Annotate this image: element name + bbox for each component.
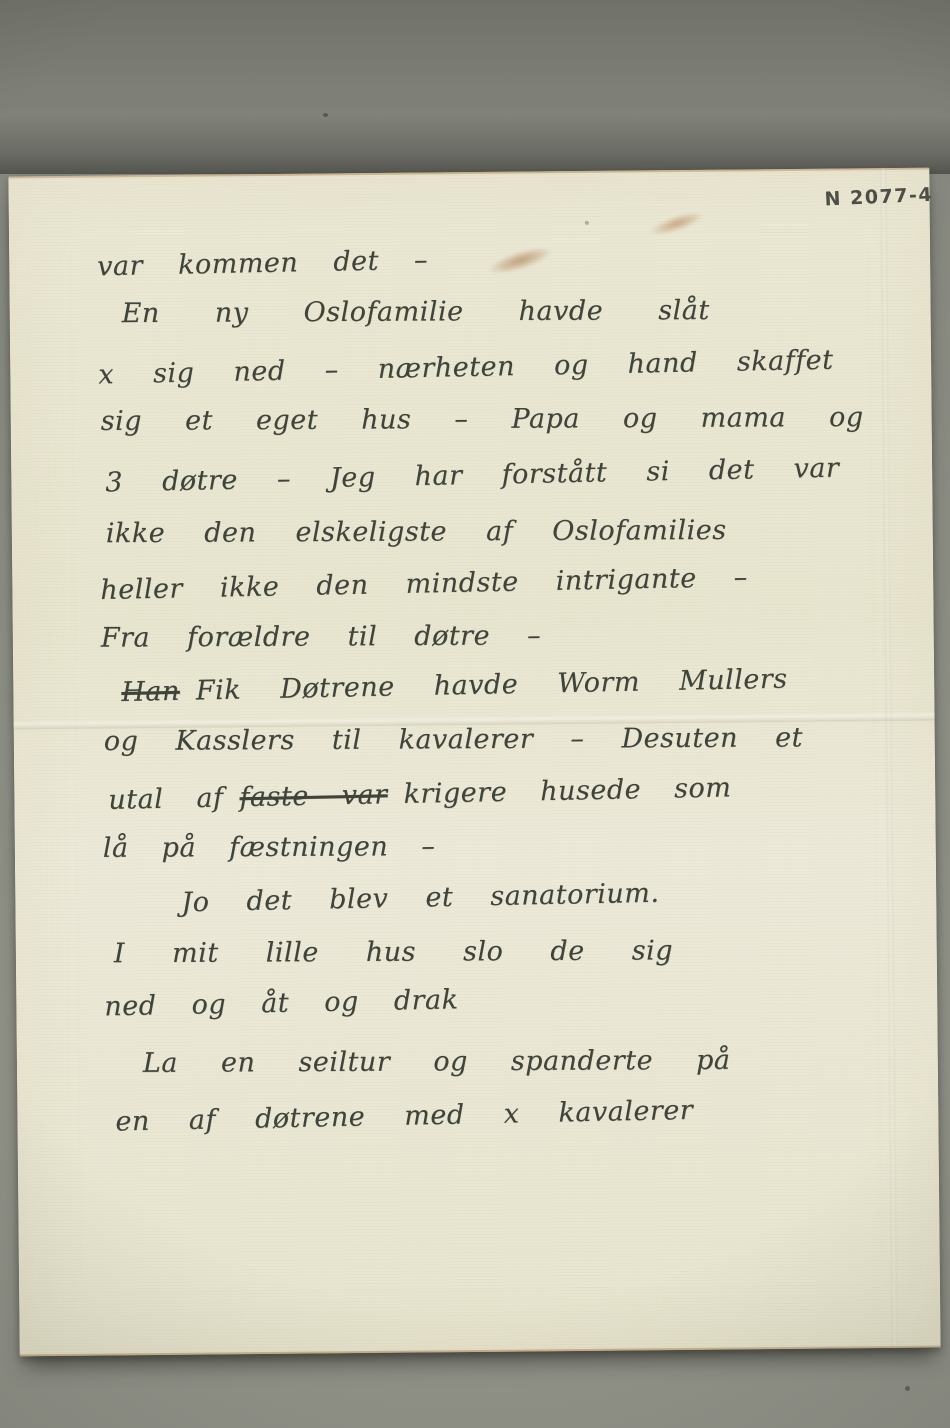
manuscript-line: Jo det blev et sanatorium. <box>181 878 660 919</box>
manuscript-line: I mit lille hus slo de sig <box>114 935 673 969</box>
struck-words: faste var <box>239 779 388 813</box>
manuscript-line: utal affaste varkrigere husede som <box>108 772 748 816</box>
manuscript-line: en af døtrene med x kavalerer <box>115 1095 693 1138</box>
manuscript-line: Fra forældre til døtre – <box>101 620 541 653</box>
line-text: utal af <box>108 783 224 816</box>
manuscript-line: sig et eget hus – Papa og mama og <box>101 402 864 437</box>
manuscript-line: ned og åt og drak <box>104 984 459 1022</box>
manuscript-line: 3 døtre – Jeg har forstått si det var <box>105 453 840 499</box>
manuscript-line: ikke den elskeligste af Oslofamilies <box>106 515 727 549</box>
line-text: Fik Døtrene havde Worm Mullers <box>196 664 788 707</box>
manuscript: var kommen det – En ny Oslofamilie havde… <box>8 168 940 1357</box>
manuscript-line: lå på fæstningen – <box>103 831 436 864</box>
shadow-band <box>0 116 950 174</box>
background-speck <box>323 113 328 117</box>
manuscript-line: HanFik Døtrene havde Worm Mullers <box>121 663 804 708</box>
letter-paper: N 2077-4 var kommen det – En ny Oslofami… <box>8 168 940 1357</box>
background-speck <box>905 1386 910 1391</box>
manuscript-line: En ny Oslofamilie havde slåt <box>122 295 710 329</box>
manuscript-line: var kommen det – <box>97 245 428 283</box>
line-text: krigere husede som <box>403 772 731 810</box>
struck-word: Han <box>121 676 180 708</box>
photo-background: N 2077-4 var kommen det – En ny Oslofami… <box>0 0 950 1428</box>
manuscript-line: og Kasslers til kavalerer – Desuten et <box>104 722 803 757</box>
manuscript-line: La en seiltur og spanderte på <box>143 1045 731 1079</box>
manuscript-line: x sig ned – nærheten og hand skaffet <box>98 345 834 391</box>
manuscript-line: heller ikke den mindste intrigante – <box>100 562 748 606</box>
